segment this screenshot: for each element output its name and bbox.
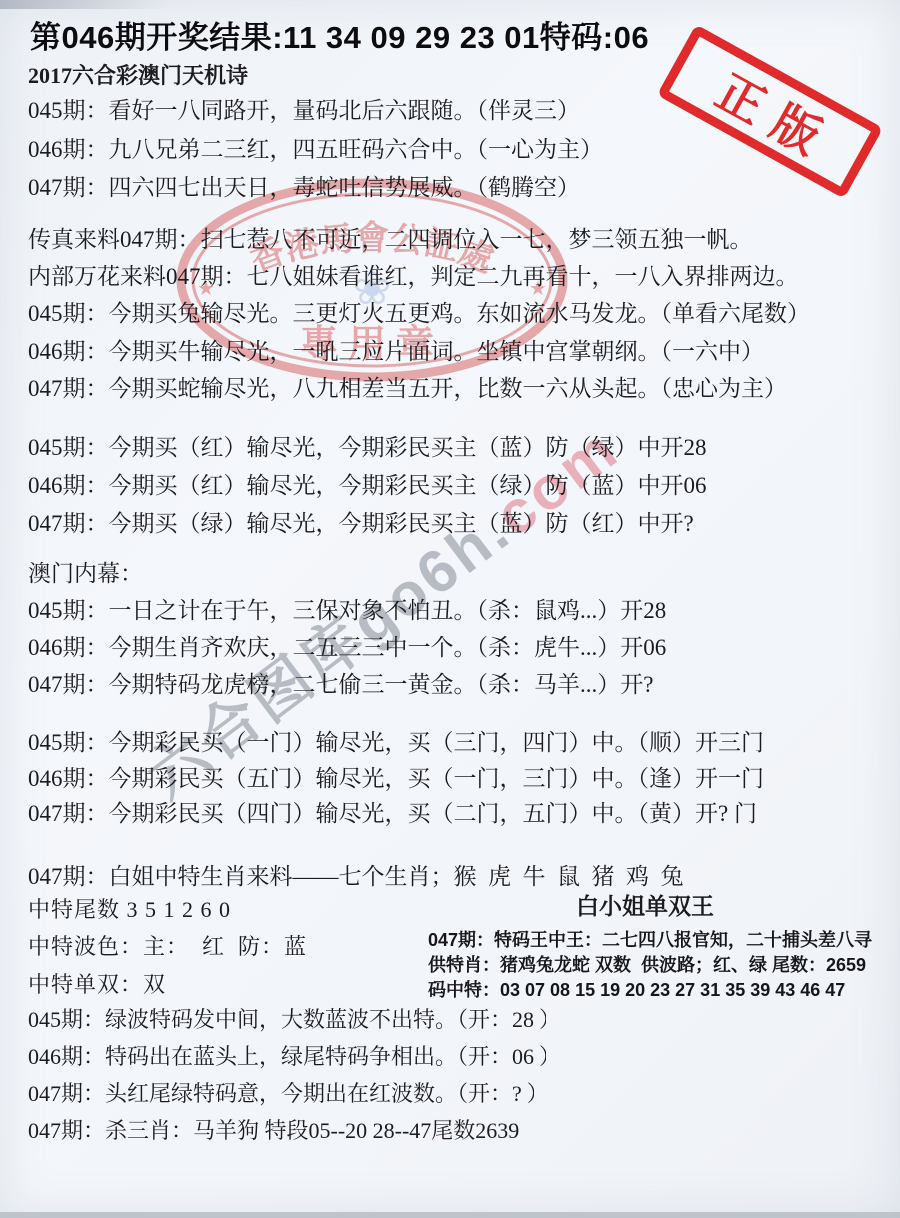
zodiac-line: 047期：白姐中特生肖来料——七个生肖；猴 虎 牛 鼠 猪 鸡 兔	[28, 863, 684, 891]
door-line: 047期：今期彩民买（四门）输尽光，买（二门，五门）中。（黄）开? 门	[28, 800, 757, 828]
baixiaojie-line: 047期：特码王中王：二七四八报官知，二十捕头差八寻	[428, 926, 872, 954]
color-bet-line: 047期：今期买（绿）输尽光，今期彩民买主（蓝）防（红）中开?	[28, 510, 694, 538]
baixiaojie-line: 供特肖：猪鸡兔龙蛇 双数 供波路；红、绿 尾数：2659	[428, 951, 866, 979]
clipped-bracket: ）	[527, 1080, 534, 1104]
macau-heading: 澳门内幕：	[28, 560, 143, 588]
wave-result-line: 046期：特码出在蓝头上，绿尾特码争相出。（开：06）	[28, 1043, 546, 1071]
color-bet-line: 045期：今期买（红）输尽光，今期彩民买主（蓝）防（绿）中开28	[28, 434, 707, 462]
fax-line: 内部万花来料047期：七八姐妹看谁红，判定二九再看十，一八入界排两边。	[28, 263, 799, 291]
macau-line: 046期：今期生肖齐欢庆，二五三三中一个。（杀：虎牛...）开06	[28, 634, 666, 662]
door-line: 046期：今期彩民买（五门）输尽光，买（一门，三门）中。（逢）开一门	[28, 765, 764, 793]
baixiaojie-heading: 白小姐单双王	[576, 892, 714, 920]
poem-line: 046期：九八兄弟二三红，四五旺码六合中。（一心为主）	[28, 136, 603, 164]
door-line: 045期：今期彩民买（一门）输尽光，买（三门，四门）中。（顺）开三门	[28, 729, 764, 757]
fax-line: 046期：今期买牛输尽光，一吼三应片面词。坐镇中宫掌朝纲。（一六中）	[28, 338, 764, 366]
clipped-bracket: ）	[539, 1043, 546, 1067]
wave-result-text: 046期：特码出在蓝头上，绿尾特码争相出。（开：06	[28, 1044, 534, 1069]
wave-result-text: 047期：头红尾绿特码意，今期出在红波数。（开：?	[28, 1081, 522, 1106]
wave-result-line: 045期：绿波特码发中间，大数蓝波不出特。（开：28）	[28, 1006, 546, 1034]
clipped-bracket: ）	[539, 1006, 546, 1030]
lottery-sheet: 香港馬會公証處 ★ ★ ❀ 專用章 六合图库go6h.com 第046期开奖结果…	[0, 0, 900, 1218]
fax-line: 传真来料047期：扫七惹八不可近，二四调位入一七，梦三领五独一帆。	[28, 226, 753, 254]
kill-zodiac-line: 047期：杀三肖：马羊狗 特段05--20 28--47尾数2639	[28, 1117, 519, 1145]
wave-color-line: 中特波色：主： 红 防：蓝	[28, 933, 307, 961]
color-bet-line: 046期：今期买（红）输尽光，今期彩民买主（绿）防（蓝）中开06	[28, 472, 707, 500]
odd-even-line: 中特单双：双	[28, 971, 166, 999]
macau-line: 045期：一日之计在于午，三保对象不怕丑。（杀：鼠鸡...）开28	[28, 597, 666, 625]
macau-line: 047期：今期特码龙虎榜，二七偷三一黄金。（杀：马羊...）开?	[28, 671, 653, 699]
wave-result-text: 045期：绿波特码发中间，大数蓝波不出特。（开：28	[28, 1007, 534, 1032]
wave-result-line: 047期：头红尾绿特码意，今期出在红波数。（开：?）	[28, 1080, 534, 1108]
poem-line: 045期：看好一八同路开，量码北后六跟随。（伴灵三）	[28, 97, 580, 125]
photo-edge-top	[0, 0, 170, 9]
poem-line: 047期：四六四七出天日，毒蛇吐信势展威。（鹤腾空）	[28, 174, 580, 202]
baixiaojie-line: 码中特：03 07 08 15 19 20 23 27 31 35 39 43 …	[428, 976, 845, 1004]
result-headline: 第046期开奖结果:11 34 09 29 23 01特码:06	[30, 24, 649, 52]
fax-line: 045期：今期买兔输尽光。三更灯火五更鸡。东如流水马发龙。（单看六尾数）	[28, 300, 810, 328]
fax-line: 047期：今期买蛇输尽光，八九相差当五开，比数一六从头起。（忠心为主）	[28, 375, 787, 403]
photo-edge-bottom	[0, 1212, 900, 1218]
tail-numbers-line: 中特尾数 3 5 1 2 6 0	[28, 896, 231, 924]
authentic-stamp: 正版	[657, 24, 883, 199]
poem-title: 2017六合彩澳门天机诗	[28, 62, 248, 90]
